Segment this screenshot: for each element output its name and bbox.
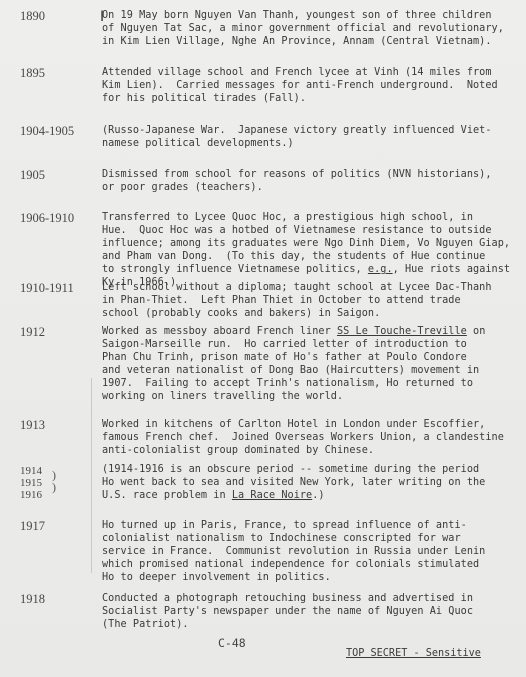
entry-text: Worked as messboy aboard French liner SS… (102, 325, 522, 404)
entry-year: 1904-1905 (20, 124, 74, 138)
entry-year: 1890 (20, 9, 45, 23)
entry-text: Dismissed from school for reasons of pol… (102, 168, 522, 194)
entry-text: (1914-1916 is an obscure period -- somet… (102, 463, 522, 502)
entry-year: 1918 (20, 592, 45, 606)
entry-text: Ho turned up in Paris, France, to spread… (102, 519, 522, 584)
entry-text: Attended village school and French lycee… (102, 66, 522, 105)
document-page: 1890On 19 May born Nguyen Van Thanh, you… (0, 0, 526, 677)
entry-year: 1895 (20, 66, 45, 80)
underlined-term: e.g. (368, 264, 393, 275)
page-number: C-48 (218, 636, 246, 650)
classification-marking: TOP SECRET - Sensitive (346, 648, 481, 659)
entry-text: (Russo-Japanese War. Japanese victory gr… (102, 124, 522, 150)
entry-year: 1917 (20, 519, 45, 533)
entry-text: On 19 May born Nguyen Van Thanh, younges… (102, 9, 522, 48)
entry-year: 1910-1911 (20, 281, 74, 295)
entry-text: Left school without a diploma; taught sc… (102, 281, 522, 320)
underlined-term: La Race Noire (232, 490, 312, 501)
entry-year: 1913 (20, 418, 45, 432)
entry-year: 1906-1910 (20, 211, 74, 225)
entry-text: Worked in kitchens of Carlton Hotel in L… (102, 418, 522, 457)
entry-text: Conducted a photograph retouching busine… (102, 592, 522, 631)
entry-year: 1912 (20, 325, 45, 339)
text-cursor-icon: I (100, 9, 106, 25)
margin-rule (91, 378, 92, 573)
entry-year: 1914 1915 1916 (20, 465, 42, 501)
underlined-term: SS Le Touche-Treville (337, 326, 467, 337)
entry-text: Transferred to Lycee Quoc Hoc, a prestig… (102, 211, 522, 290)
bracket-mark: ) (52, 481, 56, 493)
entry-year: 1905 (20, 168, 45, 182)
